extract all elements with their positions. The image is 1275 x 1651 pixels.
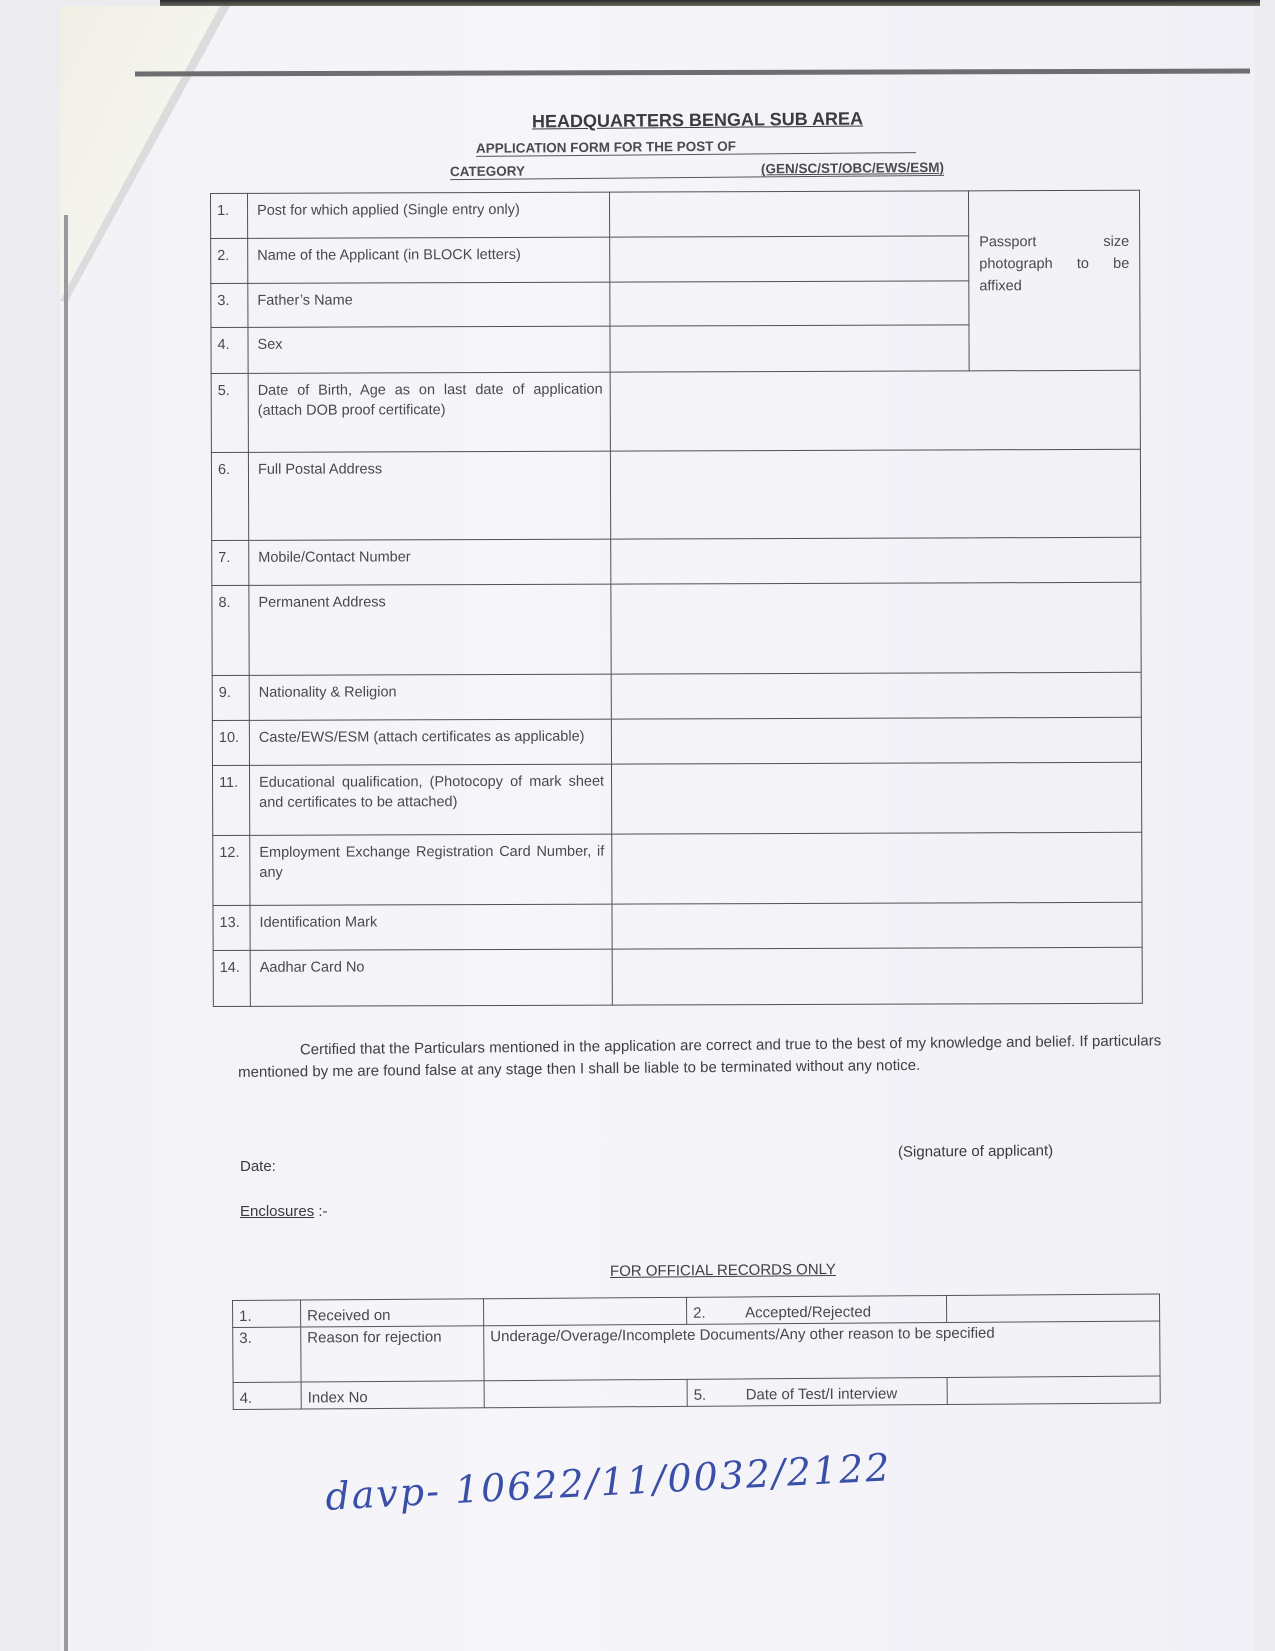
row-number: 4. [211,327,248,373]
official-row-3: 4. Index No 5. Date of Test/I interview [233,1376,1160,1409]
sex-field[interactable] [610,325,969,372]
identification-mark-field[interactable] [612,902,1142,949]
official-num: 4. [233,1382,301,1409]
mobile-field[interactable] [611,537,1141,584]
page-title: HEADQUARTERS BENGAL SUB AREA [532,109,863,133]
row-label-postal-address: Full Postal Address [248,451,610,540]
form-row-13: 13. Identification Mark [213,902,1142,950]
row-label-name: Name of the Applicant (in BLOCK letters) [248,237,610,283]
aadhar-field[interactable] [612,947,1142,1005]
category-options: (GEN/SC/ST/OBC/EWS/ESM) [761,160,944,177]
index-no-label: Index No [301,1381,484,1409]
index-no-field[interactable] [484,1379,687,1407]
test-interview-date-field[interactable] [947,1376,1160,1404]
form-row-7: 7. Mobile/Contact Number [212,537,1141,585]
permanent-address-field[interactable] [611,582,1141,674]
row-label-employment-exchange: Employment Exchange Registration Card Nu… [250,834,612,905]
post-applied-field[interactable] [609,191,968,237]
official-num: 3. [233,1327,301,1382]
form-row-10: 10. Caste/EWS/ESM (attach certificates a… [212,717,1141,765]
form-row-6: 6. Full Postal Address [211,449,1140,540]
row-label-identification: Identification Mark [250,904,612,950]
row-number: 9. [212,675,249,720]
row-number: 13. [213,905,250,950]
form-row-11: 11. Educational qualification, (Photocop… [212,762,1141,835]
row-number: 5. [211,373,248,452]
official-row-2: 3. Reason for rejection Underage/Overage… [233,1321,1160,1382]
row-label-father: Father’s Name [248,282,610,327]
reason-rejection-label: Reason for rejection [301,1326,484,1382]
row-number: 8. [212,585,249,675]
row-number: 11. [212,765,249,835]
official-num: 5. [687,1379,740,1406]
form-row-14: 14. Aadhar Card No [213,947,1142,1006]
row-number: 7. [212,540,249,585]
accepted-rejected-field[interactable] [946,1294,1159,1322]
row-label-permanent-address: Permanent Address [249,584,611,675]
row-number: 3. [211,283,248,327]
date-label: Date: [240,1158,276,1175]
post-of-label: APPLICATION FORM FOR THE POST OF [476,139,736,156]
enclosures-suffix: :- [314,1203,327,1220]
accepted-rejected-label: Accepted/Rejected [739,1296,947,1324]
education-field[interactable] [611,762,1141,834]
test-interview-date-label: Date of Test/I interview [740,1378,948,1406]
official-records-table: 1. Received on 2. Accepted/Rejected 3. R… [232,1294,1161,1410]
official-num: 1. [233,1300,301,1327]
caste-field[interactable] [611,717,1141,764]
form-row-12: 12. Employment Exchange Registration Car… [213,832,1142,905]
row-label-sex: Sex [248,326,610,373]
nationality-religion-field[interactable] [611,672,1141,719]
received-on-label: Received on [301,1299,484,1327]
row-label-post: Post for which applied (Single entry onl… [248,192,610,238]
enclosures-label: Enclosures [240,1203,314,1220]
postal-address-field[interactable] [610,449,1140,539]
row-number: 12. [213,835,250,905]
row-label-aadhar: Aadhar Card No [250,949,612,1006]
applicant-name-field[interactable] [610,236,969,282]
received-on-field[interactable] [483,1297,686,1325]
form-row-1: 1. Post for which applied (Single entry … [211,190,1140,238]
category-label: CATEGORY [450,164,525,180]
row-number: 6. [211,452,248,540]
official-num: 2. [686,1297,739,1324]
official-records-title: FOR OFFICIAL RECORDS ONLY [610,1261,836,1280]
row-number: 10. [212,720,249,765]
row-label-dob: Date of Birth, Age as on last date of ap… [248,372,610,452]
form-row-9: 9. Nationality & Religion [212,672,1141,720]
row-number: 2. [211,238,248,283]
row-label-mobile: Mobile/Contact Number [249,539,611,585]
signature-label: (Signature of applicant) [898,1142,1053,1160]
row-number: 1. [211,193,248,238]
row-label-education: Educational qualification, (Photocopy of… [249,764,611,835]
row-label-caste: Caste/EWS/ESM (attach certificates as ap… [249,719,611,765]
row-number: 14. [213,950,250,1006]
form-row-8: 8. Permanent Address [212,582,1141,675]
form-row-5: 5. Date of Birth, Age as on last date of… [211,370,1140,452]
left-margin-rule [64,215,68,1651]
reason-rejection-field[interactable]: Underage/Overage/Incomplete Documents/An… [484,1321,1160,1381]
dob-age-field[interactable] [610,370,1140,451]
father-name-field[interactable] [610,281,969,326]
passport-photo-box[interactable]: Passport size photograph to be affixed [968,190,1140,371]
application-form-table: 1. Post for which applied (Single entry … [210,190,1143,1007]
enclosures: Enclosures :- [240,1203,328,1220]
row-label-nationality: Nationality & Religion [249,674,611,720]
employment-exchange-field[interactable] [612,832,1142,904]
